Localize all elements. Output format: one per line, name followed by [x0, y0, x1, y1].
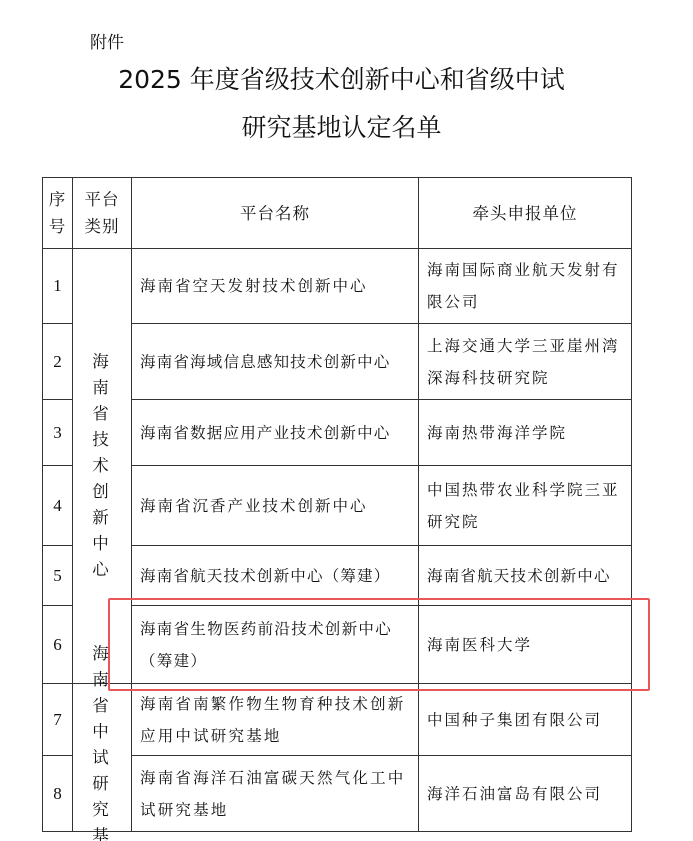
row-index: 8	[42, 755, 73, 832]
header-platform-name: 平台名称	[131, 177, 419, 249]
platform-name-cell: 海南省沉香产业技术创新中心	[131, 465, 419, 546]
row-index: 5	[42, 545, 73, 606]
header-index: 序号	[42, 177, 73, 249]
document-title-line1: 2025 年度省级技术创新中心和省级中试	[0, 60, 688, 96]
attachment-label: 附件	[90, 28, 124, 53]
recognition-list-table: 序号 平台类别 平台名称 牵头申报单位 海南省技术创新中心 海南省中试研究基地 …	[42, 177, 632, 832]
platform-name-cell: 海南省空天发射技术创新中心	[131, 248, 419, 324]
lead-unit-cell: 海南国际商业航天发射有限公司	[418, 248, 632, 324]
row-index: 3	[42, 399, 73, 466]
lead-unit-cell: 上海交通大学三亚崖州湾深海科技研究院	[418, 323, 632, 400]
lead-unit-cell: 中国种子集团有限公司	[418, 683, 632, 756]
lead-unit-cell: 海洋石油富岛有限公司	[418, 755, 632, 832]
platform-name-cell: 海南省数据应用产业技术创新中心	[131, 399, 419, 466]
category-pilot-research-base: 海南省中试研究基地	[72, 683, 132, 832]
highlight-box	[108, 598, 650, 691]
row-index: 1	[42, 248, 73, 324]
platform-name-cell: 海南省航天技术创新中心（筹建）	[131, 545, 419, 606]
document-title-line2: 研究基地认定名单	[0, 108, 688, 144]
platform-name-cell: 海南省海域信息感知技术创新中心	[131, 323, 419, 400]
row-index: 7	[42, 683, 73, 756]
row-index: 4	[42, 465, 73, 546]
row-index: 2	[42, 323, 73, 400]
lead-unit-cell: 海南热带海洋学院	[418, 399, 632, 466]
row-index: 6	[42, 605, 73, 684]
platform-name-cell: 海南省南繁作物生物育种技术创新应用中试研究基地	[131, 683, 419, 756]
platform-name-cell: 海南省海洋石油富碳天然气化工中试研究基地	[131, 755, 419, 832]
header-lead-unit: 牵头申报单位	[418, 177, 632, 249]
lead-unit-cell: 中国热带农业科学院三亚研究院	[418, 465, 632, 546]
lead-unit-cell: 海南省航天技术创新中心	[418, 545, 632, 606]
header-category: 平台类别	[72, 177, 132, 249]
